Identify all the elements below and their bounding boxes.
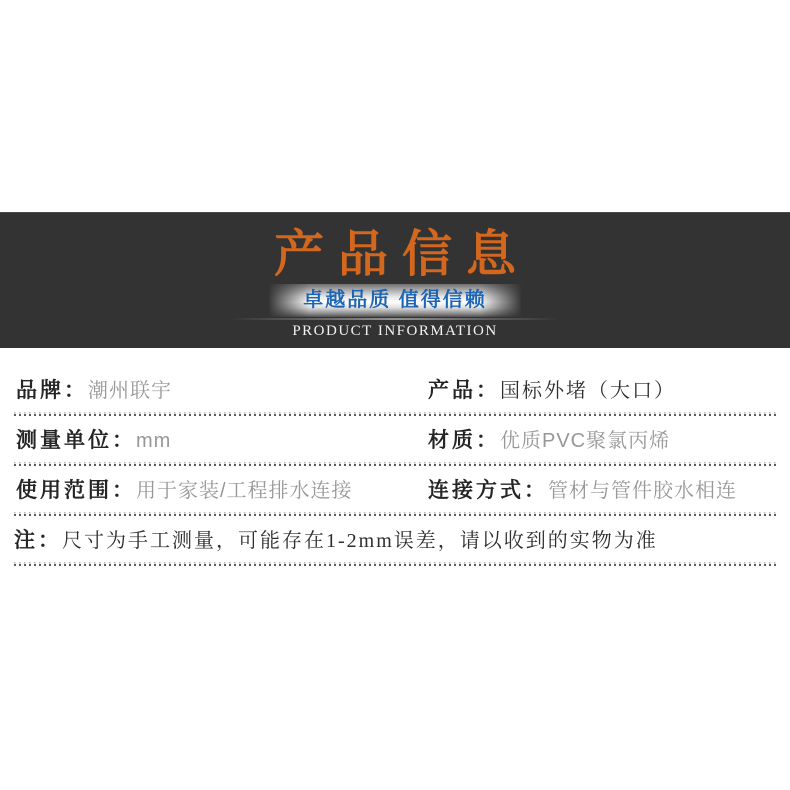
connection-value: 管材与管件胶水相连: [548, 474, 737, 503]
ribbon-glint: [229, 318, 561, 320]
connection-cell: 连接方式： 管材与管件胶水相连: [428, 474, 776, 504]
connection-label: 连接方式：: [428, 474, 548, 504]
material-cell: 材质： 优质PVC聚氯丙烯: [428, 424, 776, 454]
brand-cell: 品牌： 潮州联宇: [14, 374, 428, 404]
note-value: 尺寸为手工测量，可能存在1-2mm误差，请以收到的实物为准: [62, 524, 658, 553]
usage-label: 使用范围：: [16, 474, 136, 504]
unit-label: 测量单位：: [16, 424, 136, 454]
brand-label: 品牌：: [16, 374, 88, 404]
table-row-usage-connection: 使用范围： 用于家装/工程排水连接 连接方式： 管材与管件胶水相连: [14, 466, 776, 512]
banner-title: 产品信息: [0, 225, 790, 283]
unit-cell: 测量单位： mm: [14, 424, 428, 454]
table-row-note: 注： 尺寸为手工测量，可能存在1-2mm误差，请以收到的实物为准: [14, 516, 776, 562]
quality-ribbon: 卓越品质 值得信赖: [269, 284, 521, 317]
material-label: 材质：: [428, 424, 500, 454]
spec-table: 品牌： 潮州联宇 产品： 国标外堵（大口） 测量单位： mm 材质： 优质PVC…: [14, 366, 776, 566]
usage-value: 用于家装/工程排水连接: [136, 474, 353, 503]
note-cell: 注： 尺寸为手工测量，可能存在1-2mm误差，请以收到的实物为准: [14, 524, 658, 554]
product-value: 国标外堵（大口）: [500, 374, 676, 403]
row-separator: [14, 562, 776, 566]
quality-tagline: 卓越品质 值得信赖: [303, 284, 487, 317]
product-info-page: 产品信息 卓越品质 值得信赖 PRODUCT INFORMATION 品牌： 潮…: [0, 0, 790, 790]
note-label: 注：: [14, 524, 62, 554]
product-info-banner: 产品信息 卓越品质 值得信赖 PRODUCT INFORMATION: [0, 212, 790, 348]
unit-value: mm: [136, 430, 171, 453]
banner-english-subtitle: PRODUCT INFORMATION: [0, 323, 790, 340]
brand-value: 潮州联宇: [88, 374, 172, 403]
table-row-unit-material: 测量单位： mm 材质： 优质PVC聚氯丙烯: [14, 416, 776, 462]
material-value: 优质PVC聚氯丙烯: [500, 424, 670, 453]
table-row-brand-product: 品牌： 潮州联宇 产品： 国标外堵（大口）: [14, 366, 776, 412]
product-label: 产品：: [428, 374, 500, 404]
product-cell: 产品： 国标外堵（大口）: [428, 374, 776, 404]
usage-cell: 使用范围： 用于家装/工程排水连接: [14, 474, 428, 504]
